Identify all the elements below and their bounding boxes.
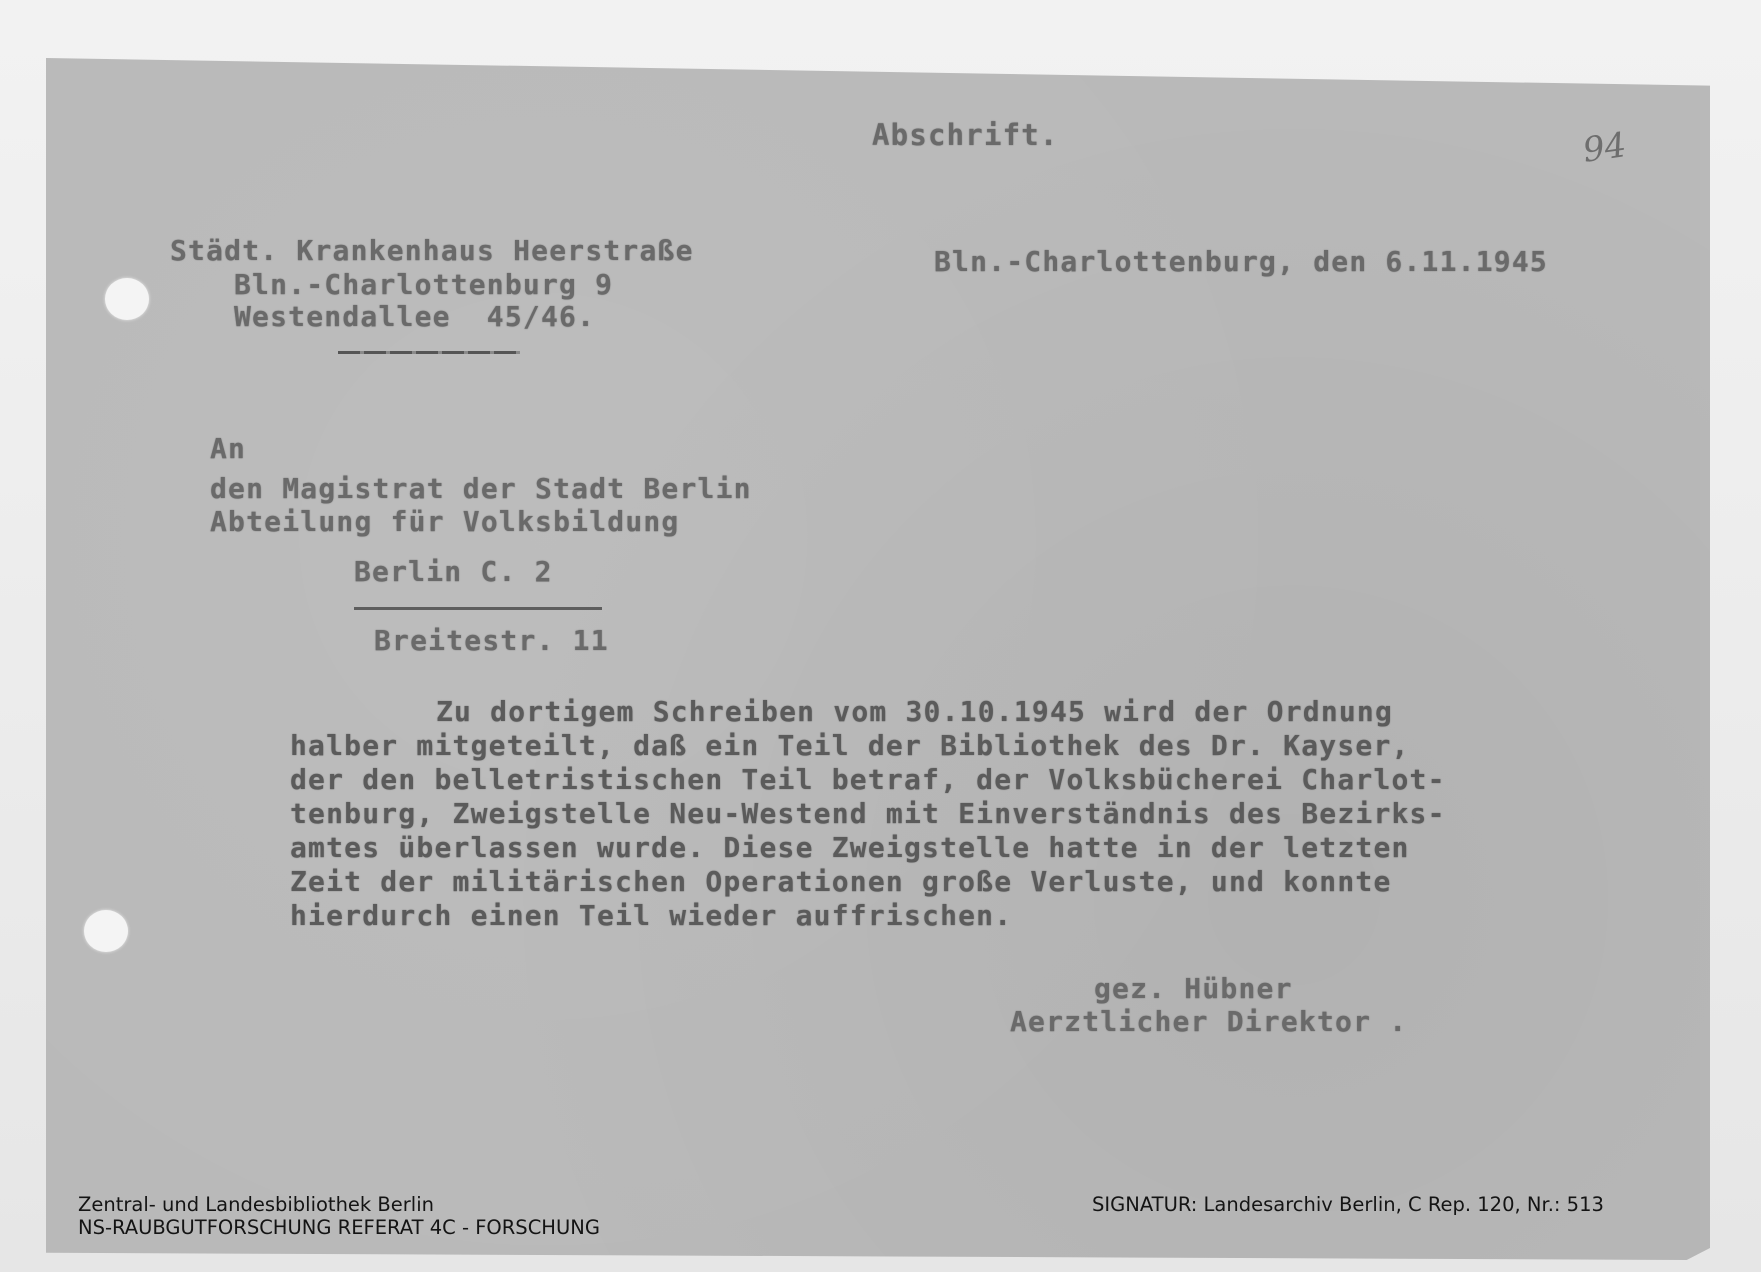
recipient-department: Abteilung für Volksbildung — [210, 505, 680, 538]
sender-underline — [338, 351, 520, 354]
footer-department: NS-RAUBGUTFORSCHUNG REFERAT 4C - FORSCHU… — [78, 1216, 600, 1239]
sender-name: Städt. Krankenhaus Heerstraße — [170, 234, 694, 267]
place-date: Bln.-Charlottenburg, den 6.11.1945 — [934, 245, 1548, 278]
body-line: amtes überlassen wurde. Diese Zweigstell… — [290, 831, 1410, 864]
body-line: halber mitgeteilt, daß ein Teil der Bibl… — [290, 729, 1410, 762]
footer-signatur: SIGNATUR: Landesarchiv Berlin, C Rep. 12… — [1092, 1193, 1604, 1216]
body-line: tenburg, Zweigstelle Neu-Westend mit Ein… — [290, 797, 1446, 830]
body-line: Zeit der militärischen Operationen große… — [290, 865, 1392, 898]
sender-district: Bln.-Charlottenburg 9 — [234, 268, 613, 301]
punch-hole-top — [105, 278, 149, 320]
signature-title: Aerztlicher Direktor . — [1010, 1005, 1407, 1038]
recipient-name: den Magistrat der Stadt Berlin — [210, 472, 752, 505]
punch-hole-bottom — [84, 910, 128, 952]
body-line: hierdurch einen Teil wieder auffrischen. — [290, 899, 1012, 932]
recipient-city: Berlin C. 2 — [354, 555, 553, 588]
handwritten-page-number: 94 — [1580, 125, 1628, 171]
recipient-rule — [354, 607, 602, 610]
body-line: Zu dortigem Schreiben vom 30.10.1945 wir… — [436, 695, 1393, 728]
body-line: der den belletristischen Teil betraf, de… — [290, 763, 1446, 796]
recipient-street: Breitestr. 11 — [374, 624, 609, 657]
signature-name: gez. Hübner — [1094, 972, 1293, 1005]
document-heading: Abschrift. — [872, 118, 1059, 152]
sender-street: Westendallee 45/46. — [234, 300, 595, 333]
footer-institution: Zentral- und Landesbibliothek Berlin — [78, 1193, 434, 1216]
recipient-salutation: An — [210, 432, 246, 465]
